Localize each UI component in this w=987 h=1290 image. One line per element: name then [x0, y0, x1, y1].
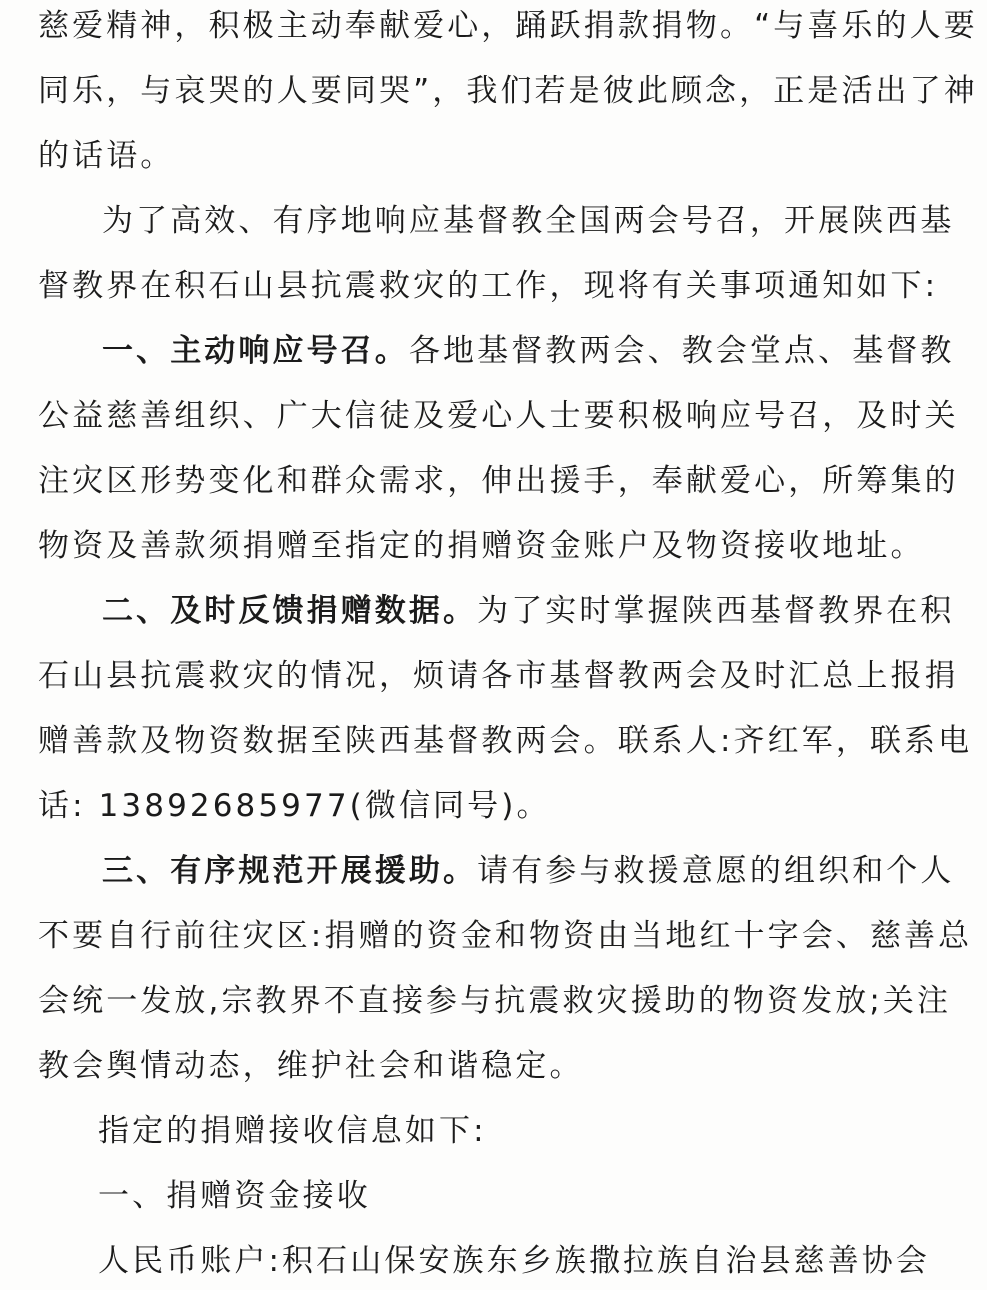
text-line: 的话语。 [38, 136, 938, 176]
text-line: 为了高效、有序地响应基督教全国两会号召，开展陕西基 [102, 201, 936, 241]
text-line: 一、捐赠资金接收 [98, 1176, 987, 1216]
text-line: 教会舆情动态，维护社会和谐稳定。 [38, 1046, 938, 1086]
text-line: 公益慈善组织、广大信徒及爱心人士要积极响应号召，及时关 [38, 396, 936, 436]
text-line: 石山县抗震救灾的情况，烦请各市基督教两会及时汇总上报捐 [38, 656, 936, 696]
text-line: 人民币账户:积石山保安族东乡族撒拉族自治县慈善协会 [98, 1241, 987, 1281]
text-line: 为了实时掌握陕西基督教界在积 [477, 591, 954, 631]
text-line: 各地基督教两会、教会堂点、基督教 [409, 331, 955, 371]
text-line: 物资及善款须捐赠至指定的捐赠资金账户及物资接收地址。 [38, 526, 938, 566]
section-three-first-line: 三、有序规范开展援助。请有参与救援意愿的组织和个人 [102, 851, 936, 891]
section-heading-3: 三、有序规范开展援助。 [102, 851, 477, 891]
text-line: 注灾区形势变化和群众需求，伸出援手，奉献爱心，所筹集的 [38, 461, 936, 501]
text-line: 会统一发放,宗教界不直接参与抗震救灾援助的物资发放;关注 [38, 981, 936, 1021]
section-heading-2: 二、及时反馈捐赠数据。 [102, 591, 477, 631]
text-line: 同乐，与哀哭的人要同哭”，我们若是彼此顾念，正是活出了神 [38, 71, 936, 111]
text-line: 话: 13892685977(微信同号)。 [38, 786, 938, 826]
section-one-first-line: 一、主动响应号召。各地基督教两会、教会堂点、基督教 [102, 331, 936, 371]
text-line: 不要自行前往灾区:捐赠的资金和物资由当地红十字会、慈善总 [38, 916, 936, 956]
text-line: 慈爱精神，积极主动奉献爱心，踊跃捐款捐物。“与喜乐的人要 [38, 6, 936, 46]
section-heading-1: 一、主动响应号召。 [102, 331, 409, 371]
document-page: 慈爱精神，积极主动奉献爱心，踊跃捐款捐物。“与喜乐的人要 同乐，与哀哭的人要同哭… [0, 0, 987, 1290]
text-line: 指定的捐赠接收信息如下: [98, 1111, 987, 1151]
section-two-first-line: 二、及时反馈捐赠数据。为了实时掌握陕西基督教界在积 [102, 591, 936, 631]
text-line: 督教界在积石山县抗震救灾的工作，现将有关事项通知如下: [38, 266, 936, 306]
text-line: 请有参与救援意愿的组织和个人 [477, 851, 954, 891]
text-line: 赠善款及物资数据至陕西基督教两会。联系人:齐红军，联系电 [38, 721, 936, 761]
